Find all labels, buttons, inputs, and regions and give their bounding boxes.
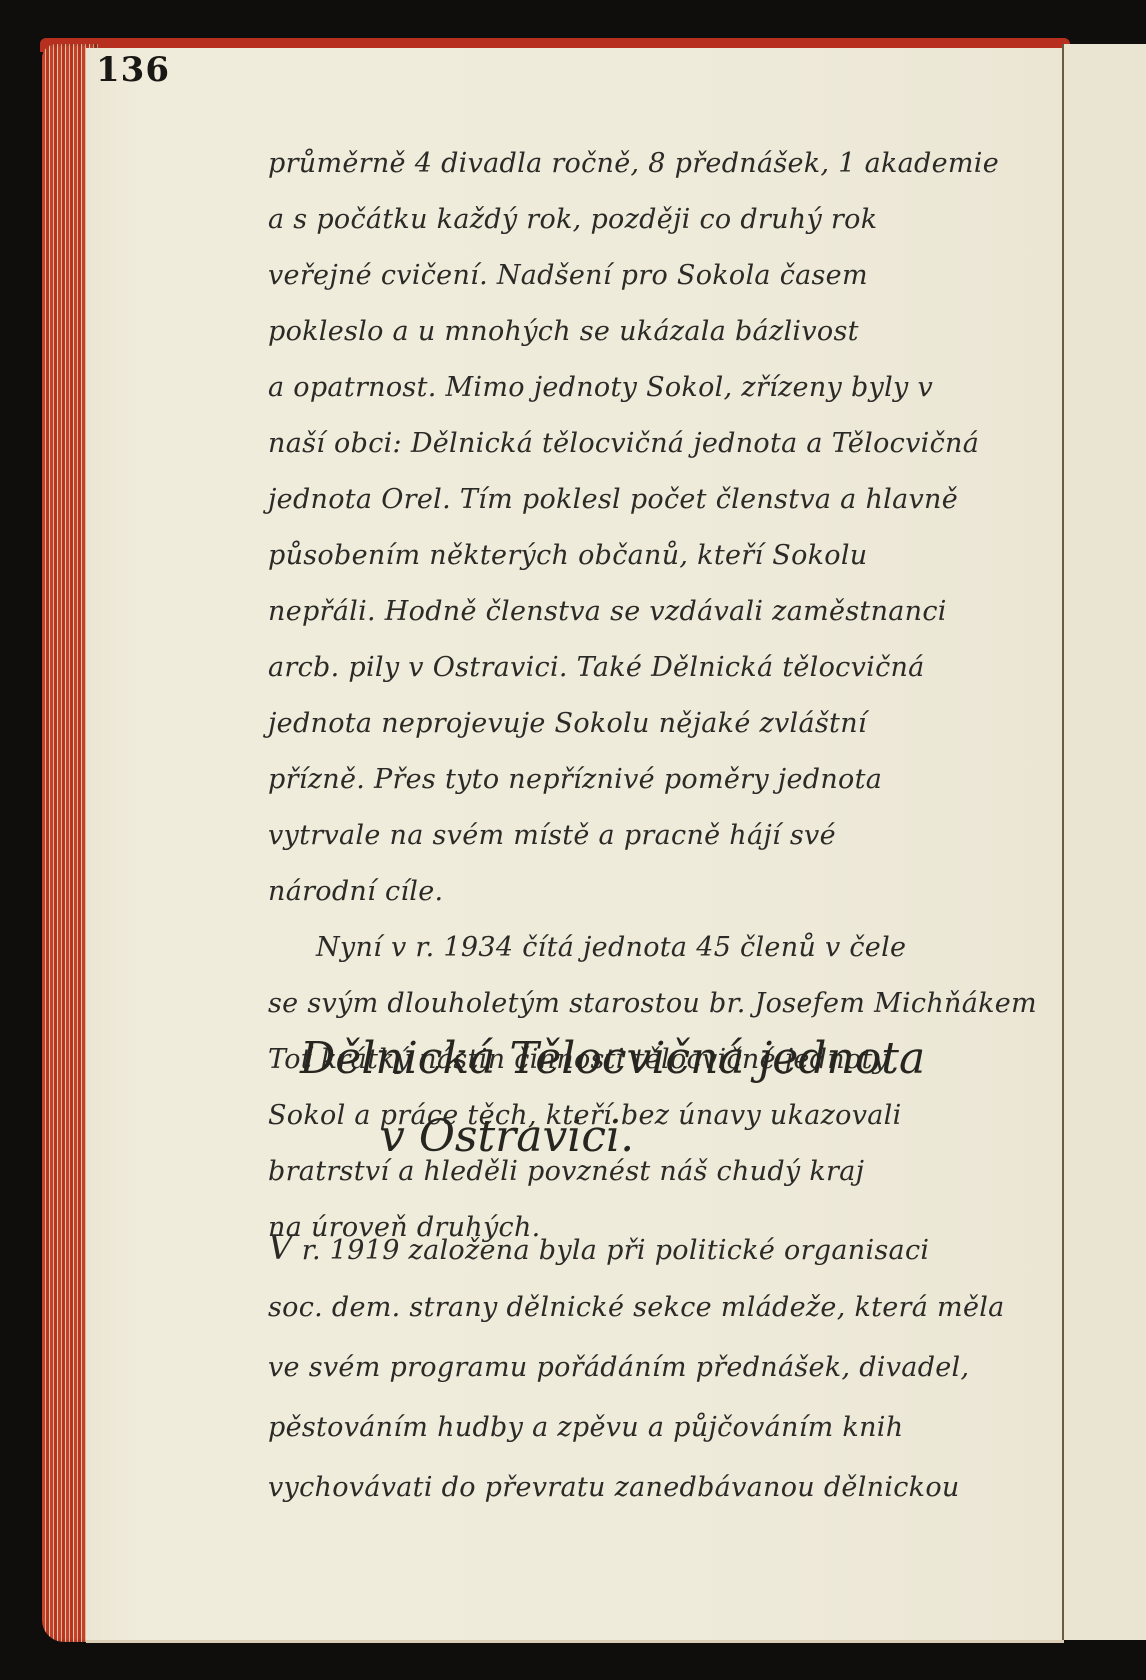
text-line: a opatrnost. Mimo jednoty Sokol, zřízeny… bbox=[268, 360, 1058, 416]
section-text-block: V r. 1919 založena byla při politické or… bbox=[268, 1218, 1058, 1518]
page-number: 136 bbox=[96, 50, 170, 90]
scanned-book-page: 136 průměrně 4 divadla ročně, 8 přednáše… bbox=[0, 0, 1146, 1680]
section-heading: Dělnická Tělocvičná jednota v Ostravici. bbox=[300, 1020, 1000, 1176]
text-line: veřejné cvičení. Nadšení pro Sokola čase… bbox=[268, 248, 1058, 304]
text-line: jednota neprojevuje Sokolu nějaké zvlášt… bbox=[268, 696, 1058, 752]
text-line: průměrně 4 divadla ročně, 8 přednášek, 1… bbox=[268, 136, 1058, 192]
initial-letter: V bbox=[268, 1228, 293, 1268]
text-line: soc. dem. strany dělnické sekce mládeže,… bbox=[268, 1278, 1058, 1338]
section-heading-line-1: Dělnická Tělocvičná jednota bbox=[300, 1020, 1000, 1098]
text-line: pěstováním hudby a zpěvu a půjčováním kn… bbox=[268, 1398, 1058, 1458]
text-line: národní cíle. bbox=[268, 864, 1058, 920]
text-line: naší obci: Dělnická tělocvičná jednota a… bbox=[268, 416, 1058, 472]
text-line: vytrvale na svém místě a pracně hájí své bbox=[268, 808, 1058, 864]
text-line: pokleslo a u mnohých se ukázala bázlivos… bbox=[268, 304, 1058, 360]
text-line: V r. 1919 založena byla při politické or… bbox=[268, 1218, 1058, 1278]
text-line-rest: r. 1919 založena byla při politické orga… bbox=[302, 1235, 930, 1266]
facing-page-edge bbox=[1064, 44, 1146, 1640]
text-line: arcb. pily v Ostravici. Také Dělnická tě… bbox=[268, 640, 1058, 696]
text-line: nepřáli. Hodně členstva se vzdávali zamě… bbox=[268, 584, 1058, 640]
text-line: vychovávati do převratu zanedbávanou děl… bbox=[268, 1458, 1058, 1518]
text-line: působením některých občanů, kteří Sokolu bbox=[268, 528, 1058, 584]
text-line: ve svém programu pořádáním přednášek, di… bbox=[268, 1338, 1058, 1398]
text-line: přízně. Přes tyto nepříznivé poměry jedn… bbox=[268, 752, 1058, 808]
text-line: a s počátku každý rok, později co druhý … bbox=[268, 192, 1058, 248]
text-line: Nyní v r. 1934 čítá jednota 45 členů v č… bbox=[268, 920, 1058, 976]
section-heading-line-2: v Ostravici. bbox=[300, 1098, 1000, 1176]
text-line: jednota Orel. Tím poklesl počet členstva… bbox=[268, 472, 1058, 528]
